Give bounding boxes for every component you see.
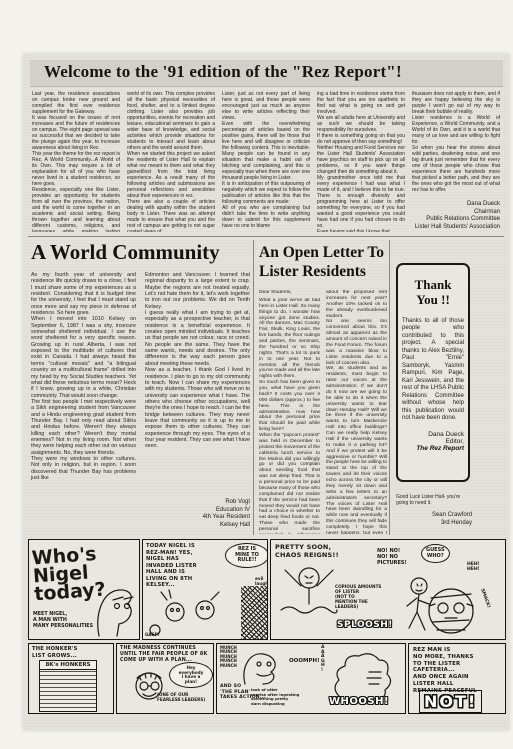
- smoke-cloud-drawing: [329, 648, 395, 702]
- honkers-poster-drawing: 8K's HONKERS: [39, 660, 97, 712]
- thank-you-body: Thanks to all of those people who contri…: [402, 318, 464, 423]
- comic-shout: NO! NO! NO! NO PICTURES!: [377, 548, 407, 566]
- crowd-drawing: [241, 586, 267, 639]
- comic-caption: TODAY NIGEL IS REZ-MAN! YES, NIGEL HAS I…: [146, 543, 208, 589]
- open-letter-column-1: Dear Students, What a year we've all had…: [259, 290, 320, 534]
- comic-bubble-heh: HEH! HEH!: [467, 562, 480, 572]
- comic-note: COPIOUS AMOUNTS OF LISTER (NOT TO MENTIO…: [335, 584, 381, 609]
- munching-face-drawing: [239, 648, 281, 686]
- open-letter-signature: Sean Crawford 3rd Henday: [396, 512, 472, 528]
- comic-note: look of utter reprise after ingesting so…: [251, 688, 299, 706]
- page-title: Welcome to the '91 edition of the "Rez R…: [30, 60, 503, 82]
- world-community-column-1: As my fourth year of university and resi…: [31, 272, 136, 530]
- thank-you-title: Thank You !!: [402, 278, 464, 308]
- column-divider-1: [253, 240, 254, 535]
- comic-panel-whos-nigel: Who's Nigel today? MEET NIGEL, A MAN WIT…: [28, 539, 140, 640]
- comic-caption: THE HONKER'S LIST GROWS...: [32, 646, 78, 659]
- comic-note: (ONE OF OUR FEARLESS LEADERS): [157, 692, 205, 702]
- comic-sfx-aaagh: A A A G H !: [321, 646, 325, 673]
- world-community-column-2: Edmonton and Vancouver. I learned that r…: [145, 272, 250, 530]
- yelling-figure-drawing: [279, 560, 339, 620]
- comic-sfx-munch: MUNCH MUNCH MUNCH MUNCH MUNCH: [220, 646, 237, 668]
- comic-caption: PRETTY SOON, CHAOS REIGNS!!: [275, 543, 365, 559]
- comic-caption: MEET NIGEL, A MAN WITH MANY PERSONALITIE…: [33, 612, 93, 629]
- thank-you-box: Thank You !! Thanks to all of those peop…: [396, 263, 470, 482]
- welcome-article-column-1: Last year, the residence associations on…: [32, 91, 120, 232]
- open-letter-salutation: Dear Students,: [259, 290, 320, 296]
- comic-sfx-whoosh: WHOOSH!: [329, 696, 389, 707]
- open-letter-column-1-text: What a year we've all had here in Lister…: [259, 298, 320, 534]
- thank-you-signature-paper: The Rez Report: [402, 445, 464, 452]
- comic-panel-action: AND SO 'THE PLAN' TAKES ACTION... MUNCH …: [216, 643, 406, 714]
- fearless-leader-drawing: [129, 666, 169, 712]
- comic-panel-chaos: PRETTY SOON, CHAOS REIGNS!! NO! NO! NO! …: [270, 539, 506, 640]
- column-divider-2: [389, 240, 390, 535]
- open-letter-column-2: about the proposed rent increases for ne…: [326, 290, 387, 534]
- welcome-article-signature: Dana Dueck Chairman Public Relations Com…: [412, 201, 500, 232]
- poster-title: 8K's HONKERS: [40, 661, 96, 670]
- speech-bubble-guess-who: GUESS WHO?: [421, 544, 450, 563]
- section-divider-horizontal: [28, 236, 504, 237]
- welcome-article-column-4: ing a bad time in residence stems from t…: [317, 91, 405, 232]
- open-letter-headline: An Open Letter To Lister Residents: [259, 243, 387, 282]
- newsletter-page: { "masthead": { "title": "Welcome to the…: [0, 0, 513, 749]
- comic-strip: Who's Nigel today? MEET NIGEL, A MAN WIT…: [28, 539, 506, 715]
- comic-sfx-smack: SMACK!: [479, 588, 491, 609]
- open-letter-article: Dear Students, What a year we've all had…: [259, 290, 387, 536]
- masthead-banner: Welcome to the '91 edition of the "Rez R…: [30, 60, 503, 87]
- not-box: NOT!: [419, 690, 482, 713]
- comic-note: evil laugh: [255, 576, 268, 586]
- comic-panel-honkers: THE HONKER'S LIST GROWS... 8K's HONKERS: [28, 643, 114, 714]
- comic-panel-rez-man: TODAY NIGEL IS REZ-MAN! YES, NIGEL HAS I…: [142, 539, 268, 640]
- nigel-face-drawing: [93, 582, 137, 638]
- world-community-article: As my fourth year of university and resi…: [31, 272, 250, 530]
- world-community-column-2-text: Edmonton and Vancouver. I learned that r…: [145, 272, 250, 497]
- stick-figures-drawing: [147, 588, 227, 638]
- world-community-signature: Rob Vogt Education IV 4th Year Resident …: [145, 499, 250, 530]
- comic-sfx-not: NOT!: [424, 692, 477, 711]
- welcome-article-column-3: Lister, just as not every part of living…: [222, 91, 310, 232]
- welcome-article-column-2: world of its own. This complex provides …: [127, 91, 215, 232]
- thank-you-signature: Dana Dueck Editor,: [402, 431, 464, 445]
- comic-row-2: THE HONKER'S LIST GROWS... 8K's HONKERS …: [28, 643, 506, 714]
- welcome-article-column-5: thusiasm does not apply to them, and if …: [412, 91, 500, 232]
- comic-row-1: Who's Nigel today? MEET NIGEL, A MAN WIT…: [28, 539, 506, 640]
- welcome-article-column-5-text: thusiasm does not apply to them, and if …: [412, 91, 500, 199]
- comic-sfx-sploosh: SPLOOSH!: [337, 620, 393, 630]
- speech-bubble: Hey everybody I have a plan!: [169, 662, 213, 688]
- good-luck-note: Good Luck Lister Hall- you're going to n…: [396, 494, 472, 506]
- comic-caption: THE MADNESS CONTINUES UNTIL THE FAIR PEO…: [120, 646, 210, 664]
- speech-bubble: REZ IS MINE TO RULE!!: [225, 543, 268, 568]
- welcome-article: Last year, the residence associations on…: [32, 91, 502, 232]
- comic-sfx: GASP!: [145, 632, 160, 637]
- comic-sfx-ooomph: OOOMPH!: [289, 658, 320, 664]
- comic-panel-rez-man-no-more: REZ MAN IS NO MORE, THANKS TO THE LISTER…: [408, 643, 506, 714]
- mummy-drawing: [427, 584, 475, 638]
- comic-caption: REZ MAN IS NO MORE, THANKS TO THE LISTER…: [413, 647, 503, 694]
- world-community-headline: A World Community: [31, 240, 253, 265]
- comic-panel-plan: THE MADNESS CONTINUES UNTIL THE FAIR PEO…: [116, 643, 214, 714]
